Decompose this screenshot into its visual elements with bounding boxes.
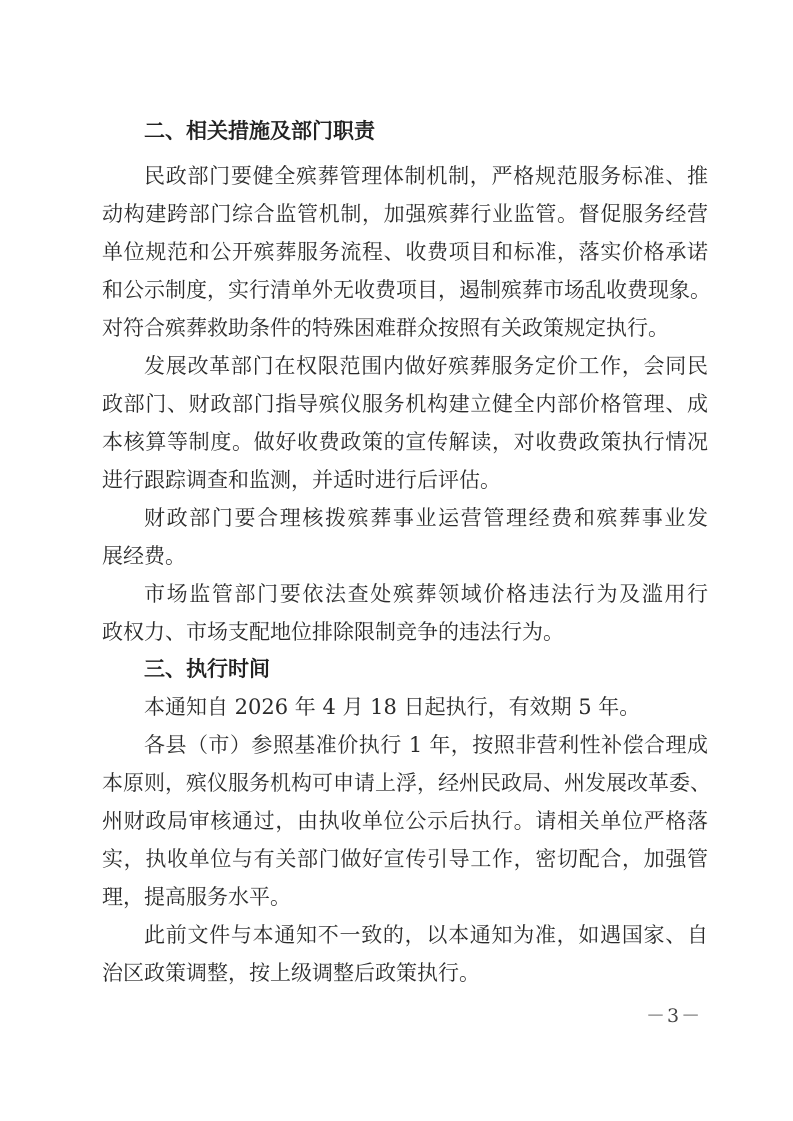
paragraph-line: 动构建跨部门综合监管机制，加强殡葬行业监管。督促服务经营 — [102, 201, 708, 227]
paragraph-line: 本通知自 2026 年 4 月 18 日起执行，有效期 5 年。 — [144, 694, 708, 720]
document-page: 二、相关措施及部门职责 民政部门要健全殡葬管理体制机制，严格规范服务标准、推 动… — [0, 0, 793, 1121]
paragraph-line: 本核算等制度。做好收费政策的宣传解读，对收费政策执行情况 — [102, 429, 708, 455]
paragraph-line: 发展改革部门在权限范围内做好殡葬服务定价工作，会同民 — [144, 353, 708, 379]
paragraph-line: 此前文件与本通知不一致的，以本通知为准，如遇国家、自 — [144, 922, 708, 948]
paragraph-line: 政部门、财政部门指导殡仪服务机构建立健全内部价格管理、成 — [102, 391, 708, 417]
paragraph-line: 本原则，殡仪服务机构可申请上浮，经州民政局、州发展改革委、 — [102, 770, 708, 796]
paragraph-line: 各县（市）参照基准价执行 1 年，按照非营利性补偿合理成 — [144, 732, 708, 758]
paragraph-line: 和公示制度，实行清单外无收费项目，遏制殡葬市场乱收费现象。 — [102, 277, 708, 303]
paragraph-line: 单位规范和公开殡葬服务流程、收费项目和标准，落实价格承诺 — [102, 239, 708, 265]
section-heading-measures: 二、相关措施及部门职责 — [144, 118, 375, 144]
section-heading-effective-time: 三、执行时间 — [144, 656, 270, 682]
paragraph-line: 对符合殡葬救助条件的特殊困难群众按照有关政策规定执行。 — [102, 315, 708, 341]
paragraph-line: 展经费。 — [102, 543, 708, 569]
paragraph-line: 实，执收单位与有关部门做好宣传引导工作，密切配合，加强管 — [102, 846, 708, 872]
paragraph-line: 市场监管部门要依法查处殡葬领域价格违法行为及滥用行 — [144, 581, 708, 607]
paragraph-line: 进行跟踪调查和监测，并适时进行后评估。 — [102, 467, 708, 493]
paragraph-line: 政权力、市场支配地位排除限制竞争的违法行为。 — [102, 619, 708, 645]
paragraph-line: 州财政局审核通过，由执收单位公示后执行。请相关单位严格落 — [102, 808, 708, 834]
page-number: －3－ — [646, 1001, 702, 1028]
paragraph-line: 治区政策调整，按上级调整后政策执行。 — [102, 960, 708, 986]
paragraph-line: 理，提高服务水平。 — [102, 884, 708, 910]
paragraph-line: 财政部门要合理核拨殡葬事业运营管理经费和殡葬事业发 — [144, 505, 708, 531]
paragraph-line: 民政部门要健全殡葬管理体制机制，严格规范服务标准、推 — [144, 163, 708, 189]
